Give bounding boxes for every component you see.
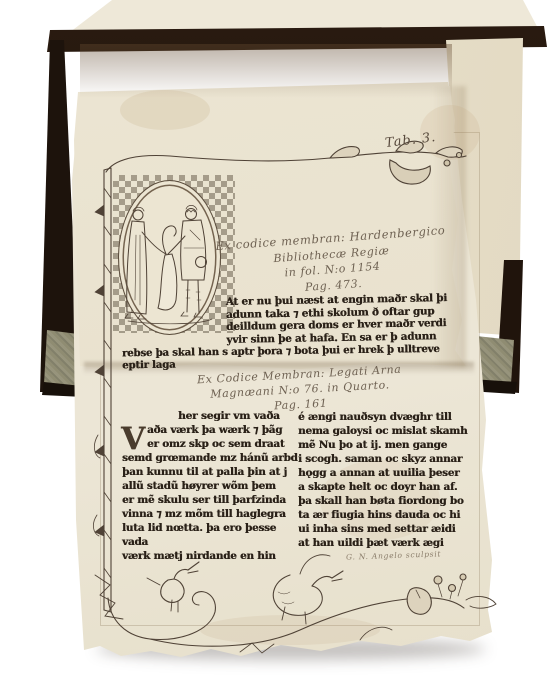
facsimile-line: ui inha sins med settar æidi bbox=[298, 522, 483, 536]
illuminated-initial-medallion bbox=[118, 180, 221, 335]
facsimile-line: at han uildi þæt værk ægi bbox=[298, 536, 483, 550]
facsimile-line: þan kunnu til at palla þin at j bbox=[122, 465, 304, 479]
facsimile-line: allũ stadũ høyrer wõm þem bbox=[122, 479, 304, 493]
facsimile-line: aða værk þa wærk ⁊ þãg bbox=[122, 423, 304, 437]
facsimile-left-column: aða værk þa wærk ⁊ þãg er omz skp oc sem… bbox=[122, 423, 304, 563]
facsimile-line: mẽ Nu þo at ij. men gange bbox=[298, 438, 483, 452]
gutter-shading bbox=[80, 44, 452, 98]
facsimile-line: er mẽ skulu ser till þarfzinda bbox=[122, 493, 304, 507]
facsimile-right-column: é ængi nauðsyn dvæghr till nema galoysi … bbox=[298, 410, 483, 550]
facsimile-line: luta lid nœtta. þa ero þesse vada bbox=[122, 521, 304, 549]
facsimile-line: ta ær fiugia hins dauda oc hi bbox=[298, 508, 483, 522]
facsimile-line: þa skall han bøta fiordong bo bbox=[298, 494, 483, 508]
paper-stain bbox=[200, 615, 380, 645]
facsimile-line: hǫgg a annan at uuilia þeser bbox=[298, 466, 483, 480]
facsimile-line: værk mætj nirdande en hin bbox=[122, 549, 304, 563]
paper-stain bbox=[120, 90, 210, 130]
facsimile-line: é ængi nauðsyn dvæghr till bbox=[298, 410, 483, 424]
facsimile-line: i scogh. saman oc skyz annar bbox=[298, 452, 483, 466]
facsimile-line: semd grœmande mz hánũ arbd bbox=[122, 451, 304, 465]
column-heading: her segir vm vaða bbox=[178, 410, 280, 422]
facsimile-line: er omz skp oc sem draat bbox=[122, 437, 304, 451]
facsimile-line: a skapte helt oc doyr han af. bbox=[298, 480, 483, 494]
hardenberg-facsimile-text: At er nu þui næst at engin maðr skal þi … bbox=[226, 292, 451, 346]
photo-of-open-book: Tab. 3. Ex codice membran: Hardenbergico… bbox=[0, 0, 558, 700]
facsimile-line: nema galoysi oc mislat skamh bbox=[298, 424, 483, 438]
facsimile-line: vinna ⁊ mz mõm till haglegra bbox=[122, 507, 304, 521]
